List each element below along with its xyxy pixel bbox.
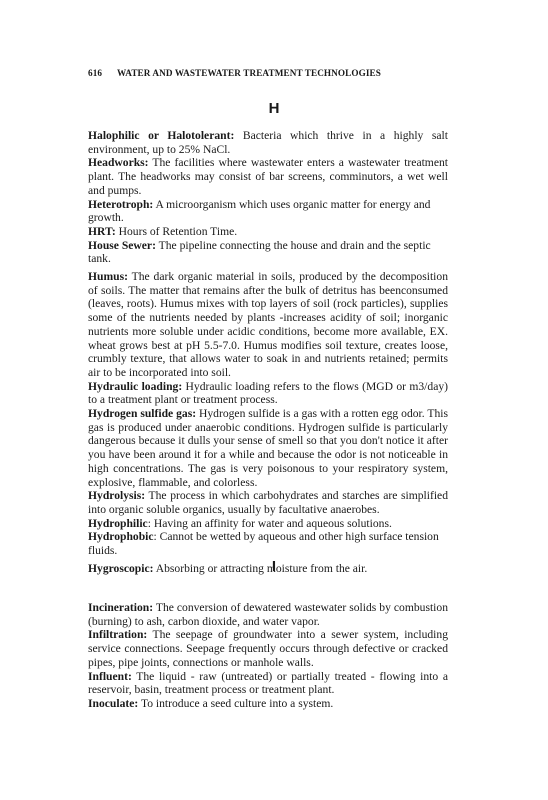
glossary-entry: Hydrophobic: Cannot be wetted by aqueous… xyxy=(88,530,448,557)
glossary-term: Humus: xyxy=(88,270,128,283)
glossary-definition: To introduce a seed culture into a syste… xyxy=(138,697,333,710)
glossary-term: Hydrogen sulfide gas: xyxy=(88,407,196,420)
glossary-entry: Hydrophilic: Having an affinity for wate… xyxy=(88,517,448,531)
glossary-term: Hydrophobic xyxy=(88,530,154,543)
glossary-entry: Heterotroph: A microorganism which uses … xyxy=(88,198,448,225)
glossary-term: Influent: xyxy=(88,670,132,683)
glossary-definition: The liquid - raw (untreated) or partiall… xyxy=(88,670,448,697)
glossary-term: Infiltration: xyxy=(88,628,147,641)
glossary-definition: The dark organic material in soils, prod… xyxy=(88,270,448,379)
glossary-term: Inoculate: xyxy=(88,697,138,710)
glossary-term: Hydrolysis: xyxy=(88,489,145,502)
glossary-entry: House Sewer: The pipeline connecting the… xyxy=(88,239,448,266)
glossary-section-h: Halophilic or Halotolerant: Bacteria whi… xyxy=(88,129,448,576)
section-heading-i: I xyxy=(0,558,548,575)
glossary-entry: Hydraulic loading: Hydraulic loading ref… xyxy=(88,380,448,407)
running-title: WATER AND WASTEWATER TREATMENT TECHNOLOG… xyxy=(117,68,381,78)
glossary-entry: Halophilic or Halotolerant: Bacteria whi… xyxy=(88,129,448,156)
glossary-section-i: Incineration: The conversion of dewatere… xyxy=(88,601,448,711)
glossary-entry: Infiltration: The seepage of groundwater… xyxy=(88,628,448,669)
glossary-term: Heterotroph: xyxy=(88,198,153,211)
glossary-term: Hydraulic loading: xyxy=(88,380,182,393)
glossary-term: Incineration: xyxy=(88,601,153,614)
page-number: 616 xyxy=(88,68,117,78)
glossary-entry: Inoculate: To introduce a seed culture i… xyxy=(88,697,448,711)
glossary-term: House Sewer: xyxy=(88,239,156,252)
glossary-term: Hydrophilic xyxy=(88,517,148,530)
running-header: 616WATER AND WASTEWATER TREATMENT TECHNO… xyxy=(88,68,381,78)
glossary-term: Headworks: xyxy=(88,156,149,169)
glossary-entry: HRT: Hours of Retention Time. xyxy=(88,225,448,239)
glossary-entry: Headworks: The facilities where wastewat… xyxy=(88,156,448,197)
glossary-definition: : Having an affinity for water and aqueo… xyxy=(148,517,392,530)
glossary-entry: Humus: The dark organic material in soil… xyxy=(88,270,448,380)
glossary-entry: Incineration: The conversion of dewatere… xyxy=(88,601,448,628)
glossary-entry: Influent: The liquid - raw (untreated) o… xyxy=(88,670,448,697)
section-heading-h: H xyxy=(0,100,548,117)
glossary-definition: Hours of Retention Time. xyxy=(116,225,237,238)
glossary-term: HRT: xyxy=(88,225,116,238)
glossary-entry: Hydrolysis: The process in which carbohy… xyxy=(88,489,448,516)
glossary-term: Halophilic or Halotolerant: xyxy=(88,129,234,142)
glossary-entry: Hydrogen sulfide gas: Hydrogen sulfide i… xyxy=(88,407,448,489)
